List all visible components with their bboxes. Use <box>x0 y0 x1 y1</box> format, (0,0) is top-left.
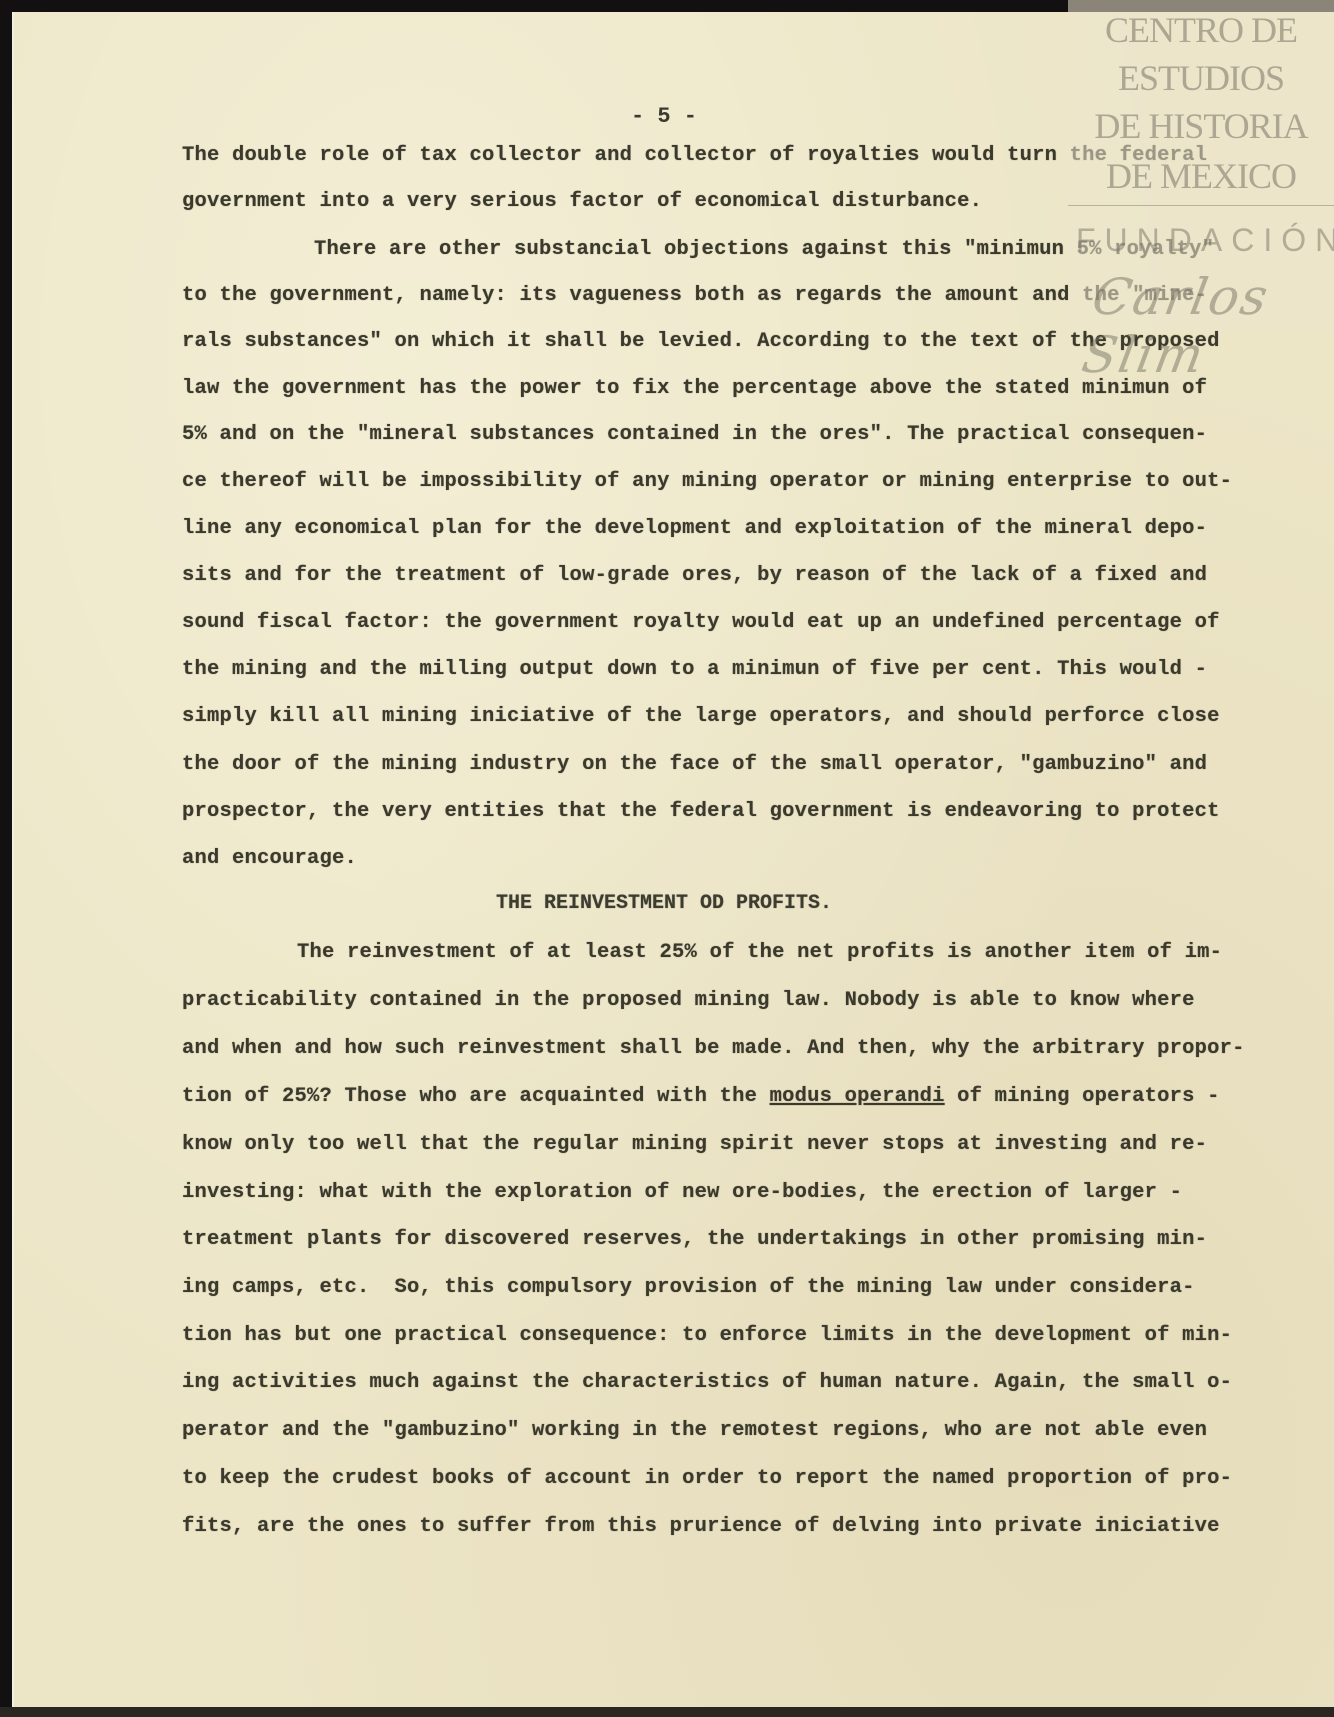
text-line: to the government, namely: its vagueness… <box>182 284 1207 307</box>
scanned-document: - 5 - The double role of tax collector a… <box>0 0 1334 1717</box>
text-line: the door of the mining industry on the f… <box>182 753 1207 776</box>
text-line: 5% and on the "mineral substances contai… <box>182 423 1207 446</box>
watermark-divider <box>1068 205 1334 206</box>
watermark-text: DE MEXICO <box>1068 158 1334 194</box>
text-segment: tion of 25%? Those who are acquainted wi… <box>182 1085 770 1108</box>
text-line: line any economical plan for the develop… <box>182 517 1207 540</box>
text-line: rals substances" on which it shall be le… <box>182 330 1220 353</box>
text-line: and when and how such reinvestment shall… <box>182 1037 1245 1060</box>
text-line: simply kill all mining iniciative of the… <box>182 705 1220 728</box>
watermark-text: DE HISTORIA <box>1068 108 1334 144</box>
archive-watermark: CENTRO DE ESTUDIOS DE HISTORIA DE MEXICO… <box>1068 0 1334 330</box>
text-line: the mining and the milling output down t… <box>182 658 1207 681</box>
watermark-foundation: FUNDACIÓN <box>1076 222 1334 259</box>
text-line: ce thereof will be impossibility of any … <box>182 470 1232 493</box>
underlined-phrase: modus operandi <box>770 1085 945 1108</box>
text-line: fits, are the ones to suffer from this p… <box>182 1515 1220 1538</box>
watermark-text: ESTUDIOS <box>1068 60 1334 96</box>
watermark-signature: Carlos Slim <box>1078 268 1334 384</box>
text-line: tion of 25%? Those who are acquainted wi… <box>182 1085 1220 1108</box>
text-line: law the government has the power to fix … <box>182 377 1207 400</box>
watermark-text: CENTRO DE <box>1068 12 1334 48</box>
text-line: ing camps, etc. So, this compulsory prov… <box>182 1276 1195 1299</box>
scan-bottom-edge <box>0 1707 1334 1717</box>
text-line: treatment plants for discovered reserves… <box>182 1228 1207 1251</box>
text-line: practicability contained in the proposed… <box>182 989 1195 1012</box>
text-line: sits and for the treatment of low-grade … <box>182 564 1207 587</box>
text-line: investing: what with the exploration of … <box>182 1181 1182 1204</box>
text-line: The double role of tax collector and col… <box>182 144 1207 167</box>
text-line: ing activities much against the characte… <box>182 1371 1232 1394</box>
text-line: and encourage. <box>182 847 357 870</box>
text-line: government into a very serious factor of… <box>182 190 982 213</box>
text-line: know only too well that the regular mini… <box>182 1133 1207 1156</box>
text-line: The reinvestment of at least 25% of the … <box>297 941 1222 964</box>
text-line: tion has but one practical consequence: … <box>182 1324 1232 1347</box>
text-segment: of mining operators - <box>945 1085 1220 1108</box>
text-line: prospector, the very entities that the f… <box>182 800 1220 823</box>
text-line: sound fiscal factor: the government roya… <box>182 611 1220 634</box>
section-heading: THE REINVESTMENT OD PROFITS. <box>14 892 1314 915</box>
text-line: to keep the crudest books of account in … <box>182 1467 1232 1490</box>
text-line: perator and the "gambuzino" working in t… <box>182 1419 1207 1442</box>
